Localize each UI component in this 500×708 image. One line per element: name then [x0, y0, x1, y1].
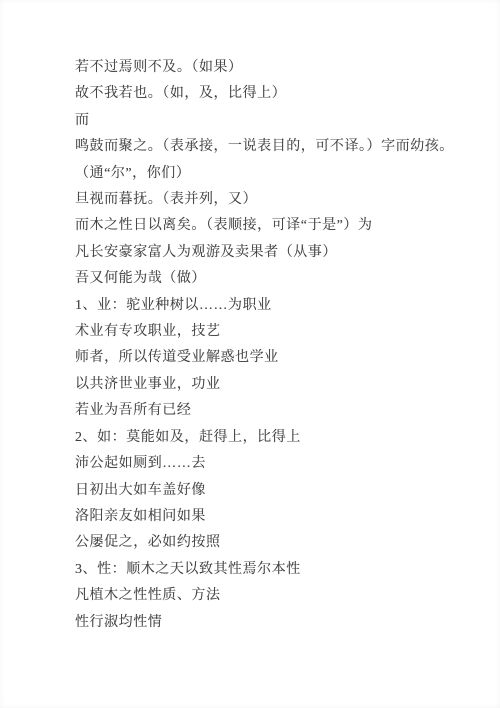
text-line: 鸣鼓而聚之。（表承接，一说表目的，可不译。）字而幼孩。	[75, 134, 480, 160]
text-block: 若不过焉则不及。（如果） 故不我若也。（如，及，比得上） 而 鸣鼓而聚之。（表承…	[75, 55, 480, 636]
text-line: 沛公起如厕到……去	[75, 451, 480, 477]
text-line: 日初出大如车盖好像	[75, 478, 480, 504]
text-line: 性行淑均性情	[75, 610, 480, 636]
text-line: 旦视而暮抚。（表并列，又）	[75, 187, 480, 213]
text-line: 2、如：莫能如及，赶得上，比得上	[75, 425, 480, 451]
text-line: 若业为吾所有已经	[75, 398, 480, 424]
text-line: 吾又何能为哉（做）	[75, 266, 480, 292]
text-line: 公屡促之，必如约按照	[75, 530, 480, 556]
text-line: 而	[75, 108, 480, 134]
text-line: 1、业：驼业种树以……为职业	[75, 293, 480, 319]
text-line: 洛阳亲友如相问如果	[75, 504, 480, 530]
text-line: 师者，所以传道受业解惑也学业	[75, 345, 480, 371]
document-page: 若不过焉则不及。（如果） 故不我若也。（如，及，比得上） 而 鸣鼓而聚之。（表承…	[0, 0, 500, 708]
text-line: 若不过焉则不及。（如果）	[75, 55, 480, 81]
text-line: 以共济世业事业，功业	[75, 372, 480, 398]
text-line: （通“尔”，你们）	[75, 161, 480, 187]
text-line: 术业有专攻职业，技艺	[75, 319, 480, 345]
text-line: 故不我若也。（如，及，比得上）	[75, 81, 480, 107]
text-line: 3、性：顺木之天以致其性焉尔本性	[75, 557, 480, 583]
text-line: 而木之性日以离矣。（表顺接，可译“于是”）为	[75, 213, 480, 239]
text-line: 凡长安豪家富人为观游及卖果者（从事）	[75, 240, 480, 266]
text-line: 凡植木之性性质、方法	[75, 583, 480, 609]
